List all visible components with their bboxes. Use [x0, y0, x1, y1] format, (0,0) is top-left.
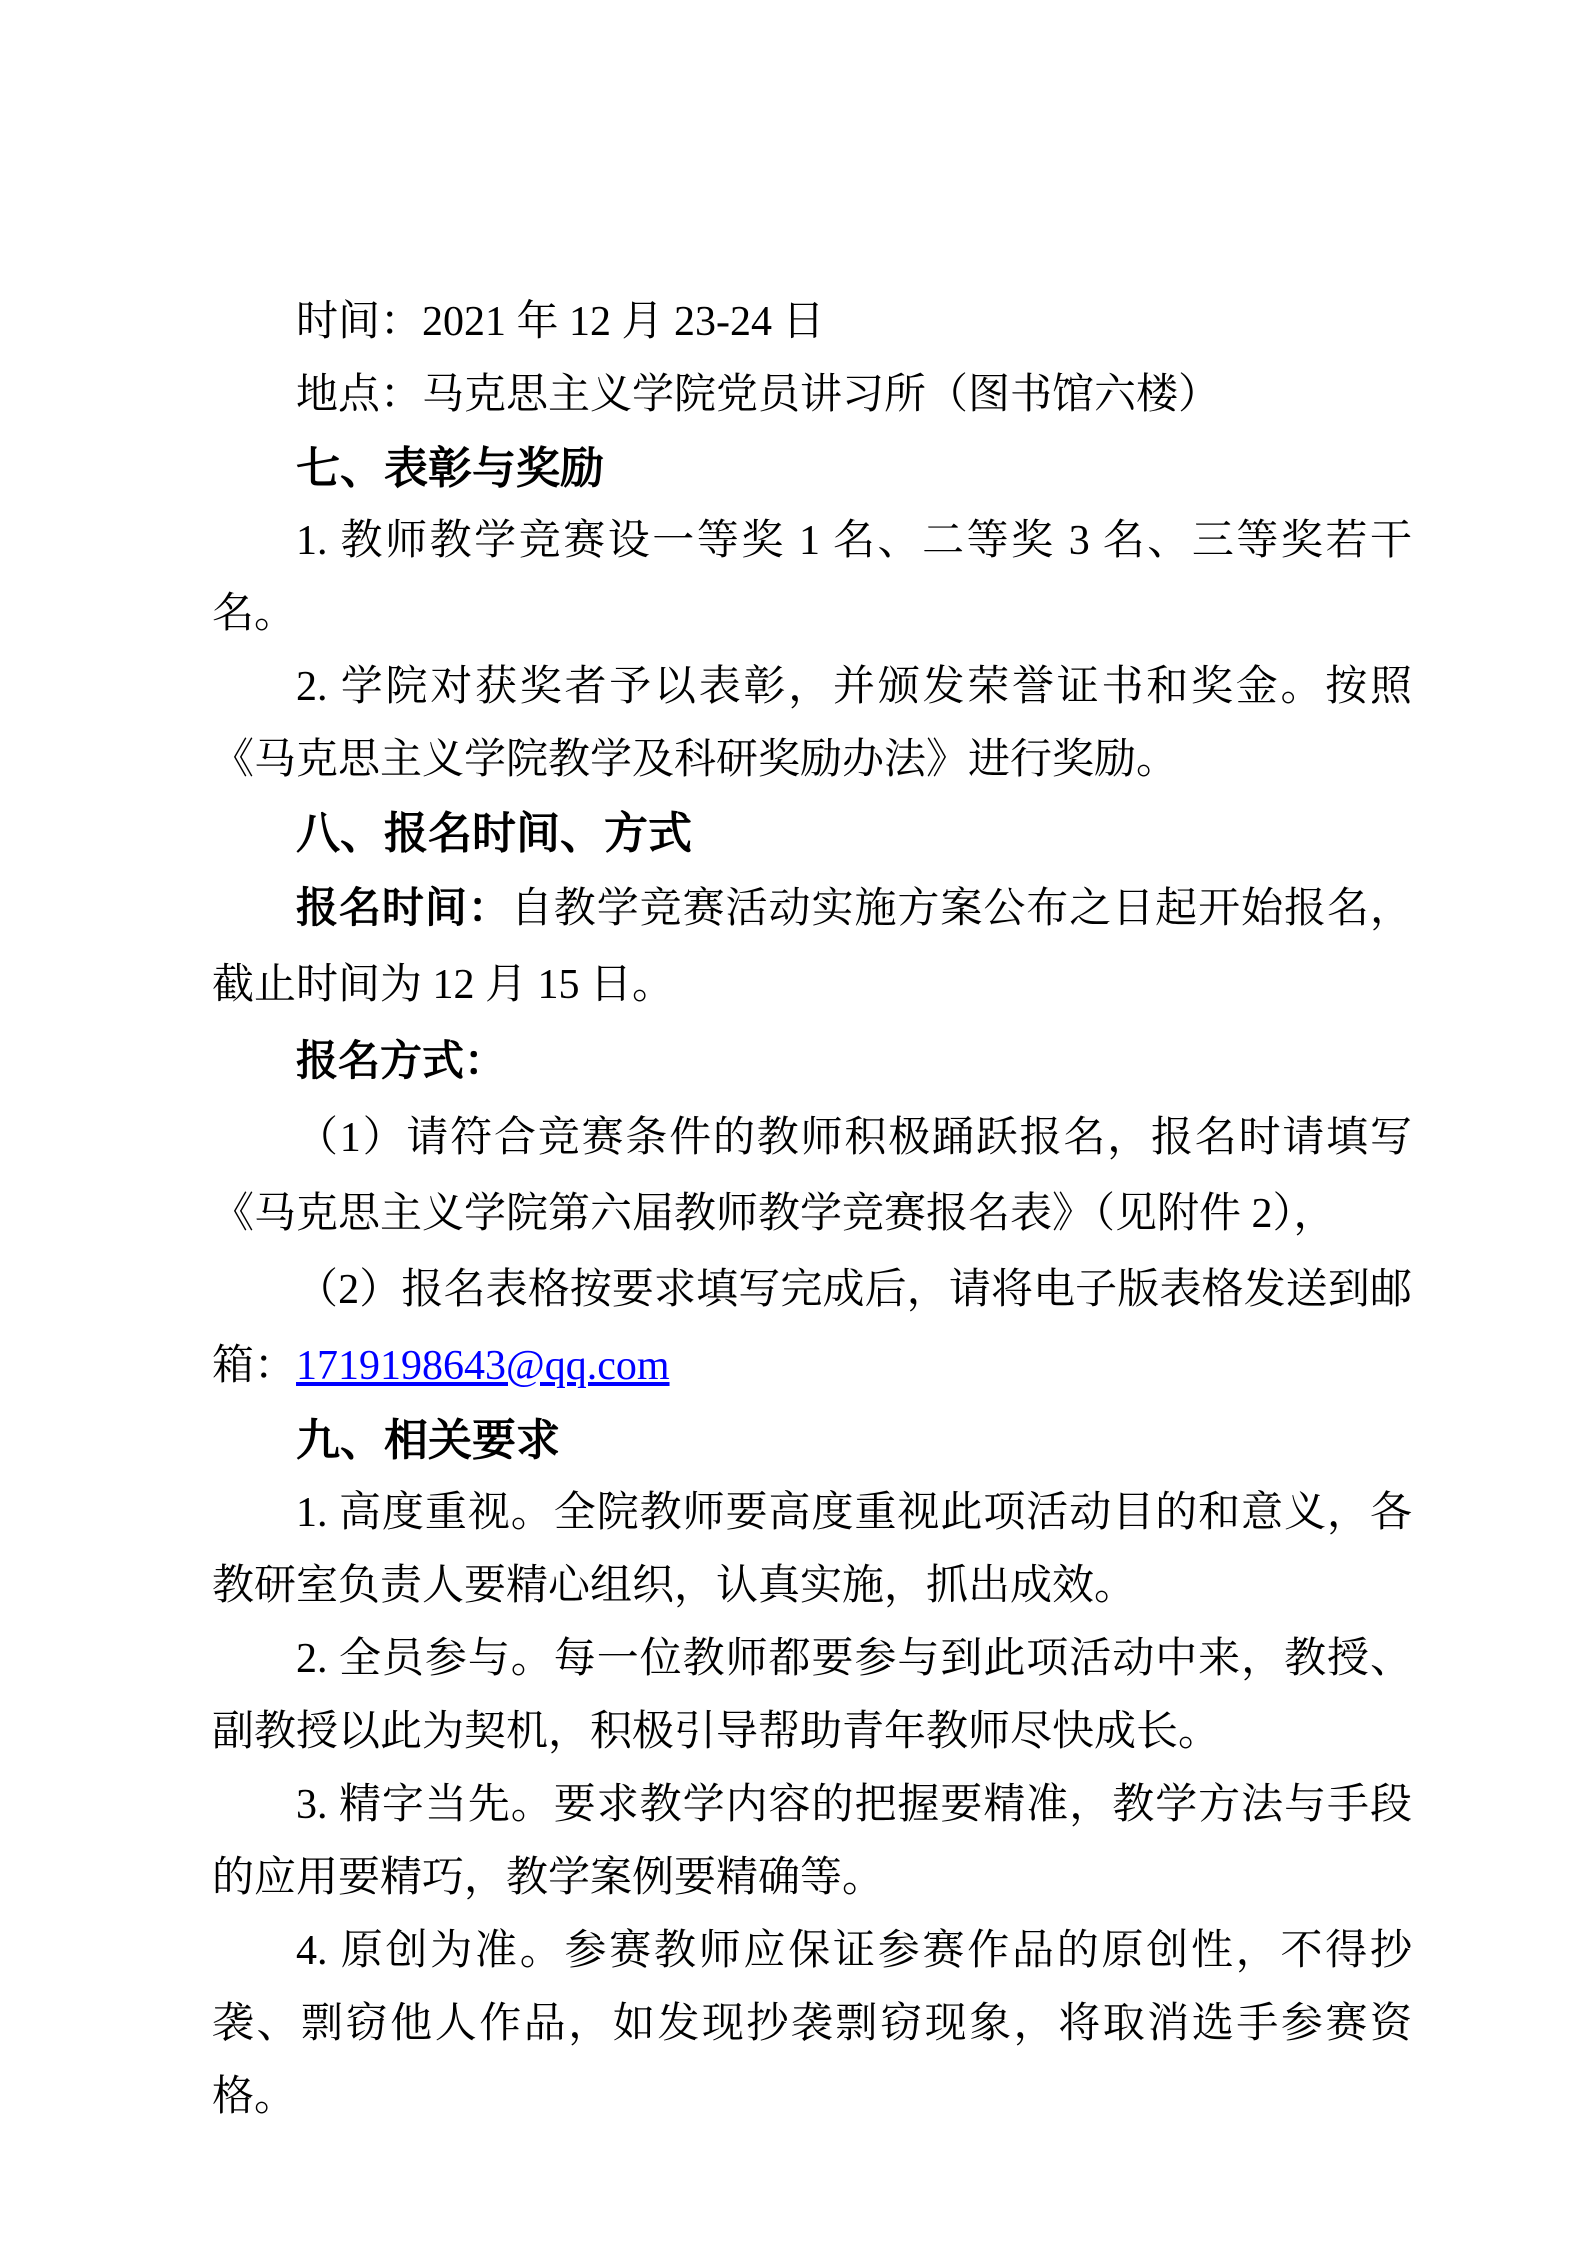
requirements-item-1: 1. 高度重视。全院教师要高度重视此项活动目的和意义，各教研室负责人要精心组织，… — [212, 1477, 1412, 1623]
registration-time-label: 报名时间： — [296, 884, 511, 931]
awards-item-1: 1. 教师教学竞赛设一等奖 1 名、二等奖 3 名、三等奖若干名。 — [212, 505, 1412, 651]
section-heading-requirements: 九、相关要求 — [212, 1404, 1412, 1477]
requirements-item-2: 2. 全员参与。每一位教师都要参与到此项活动中来，教授、副教授以此为契机，积极引… — [212, 1623, 1412, 1769]
requirements-item-3: 3. 精字当先。要求教学内容的把握要精准，教学方法与手段的应用要精巧，教学案例要… — [212, 1769, 1412, 1915]
schedule-time-line: 时间：2021 年 12 月 23-24 日 — [212, 286, 1412, 359]
section-heading-awards: 七、表彰与奖励 — [212, 432, 1412, 505]
requirements-item-4: 4. 原创为准。参赛教师应保证参赛作品的原创性，不得抄袭、剽窃他人作品，如发现抄… — [212, 1915, 1412, 2134]
section-heading-registration: 八、报名时间、方式 — [212, 797, 1412, 870]
awards-item-2: 2. 学院对获奖者予以表彰，并颁发荣誉证书和奖金。按照《马克思主义学院教学及科研… — [212, 651, 1412, 797]
registration-block: 报名时间：自教学竞赛活动实施方案公布之日起开始报名，截止时间为 12 月 15 … — [212, 870, 1412, 1404]
document-content: 时间：2021 年 12 月 23-24 日 地点：马克思主义学院党员讲习所（图… — [212, 286, 1412, 2134]
document-page: 时间：2021 年 12 月 23-24 日 地点：马克思主义学院党员讲习所（图… — [0, 0, 1587, 2245]
registration-method-paragraph: 报名方式： — [212, 1023, 1412, 1100]
schedule-place-line: 地点：马克思主义学院党员讲习所（图书馆六楼） — [212, 359, 1412, 432]
registration-time-paragraph: 报名时间：自教学竞赛活动实施方案公布之日起开始报名，截止时间为 12 月 15 … — [212, 870, 1412, 1023]
email-link[interactable]: 1719198643@qq.com — [296, 1343, 670, 1389]
registration-item-1: （1）请符合竞赛条件的教师积极踊跃报名，报名时请填写《马克思主义学院第六届教师教… — [212, 1100, 1412, 1252]
registration-method-label: 报名方式： — [296, 1037, 506, 1084]
registration-item-2: （2）报名表格按要求填写完成后，请将电子版表格发送到邮箱：1719198643@… — [212, 1252, 1412, 1404]
